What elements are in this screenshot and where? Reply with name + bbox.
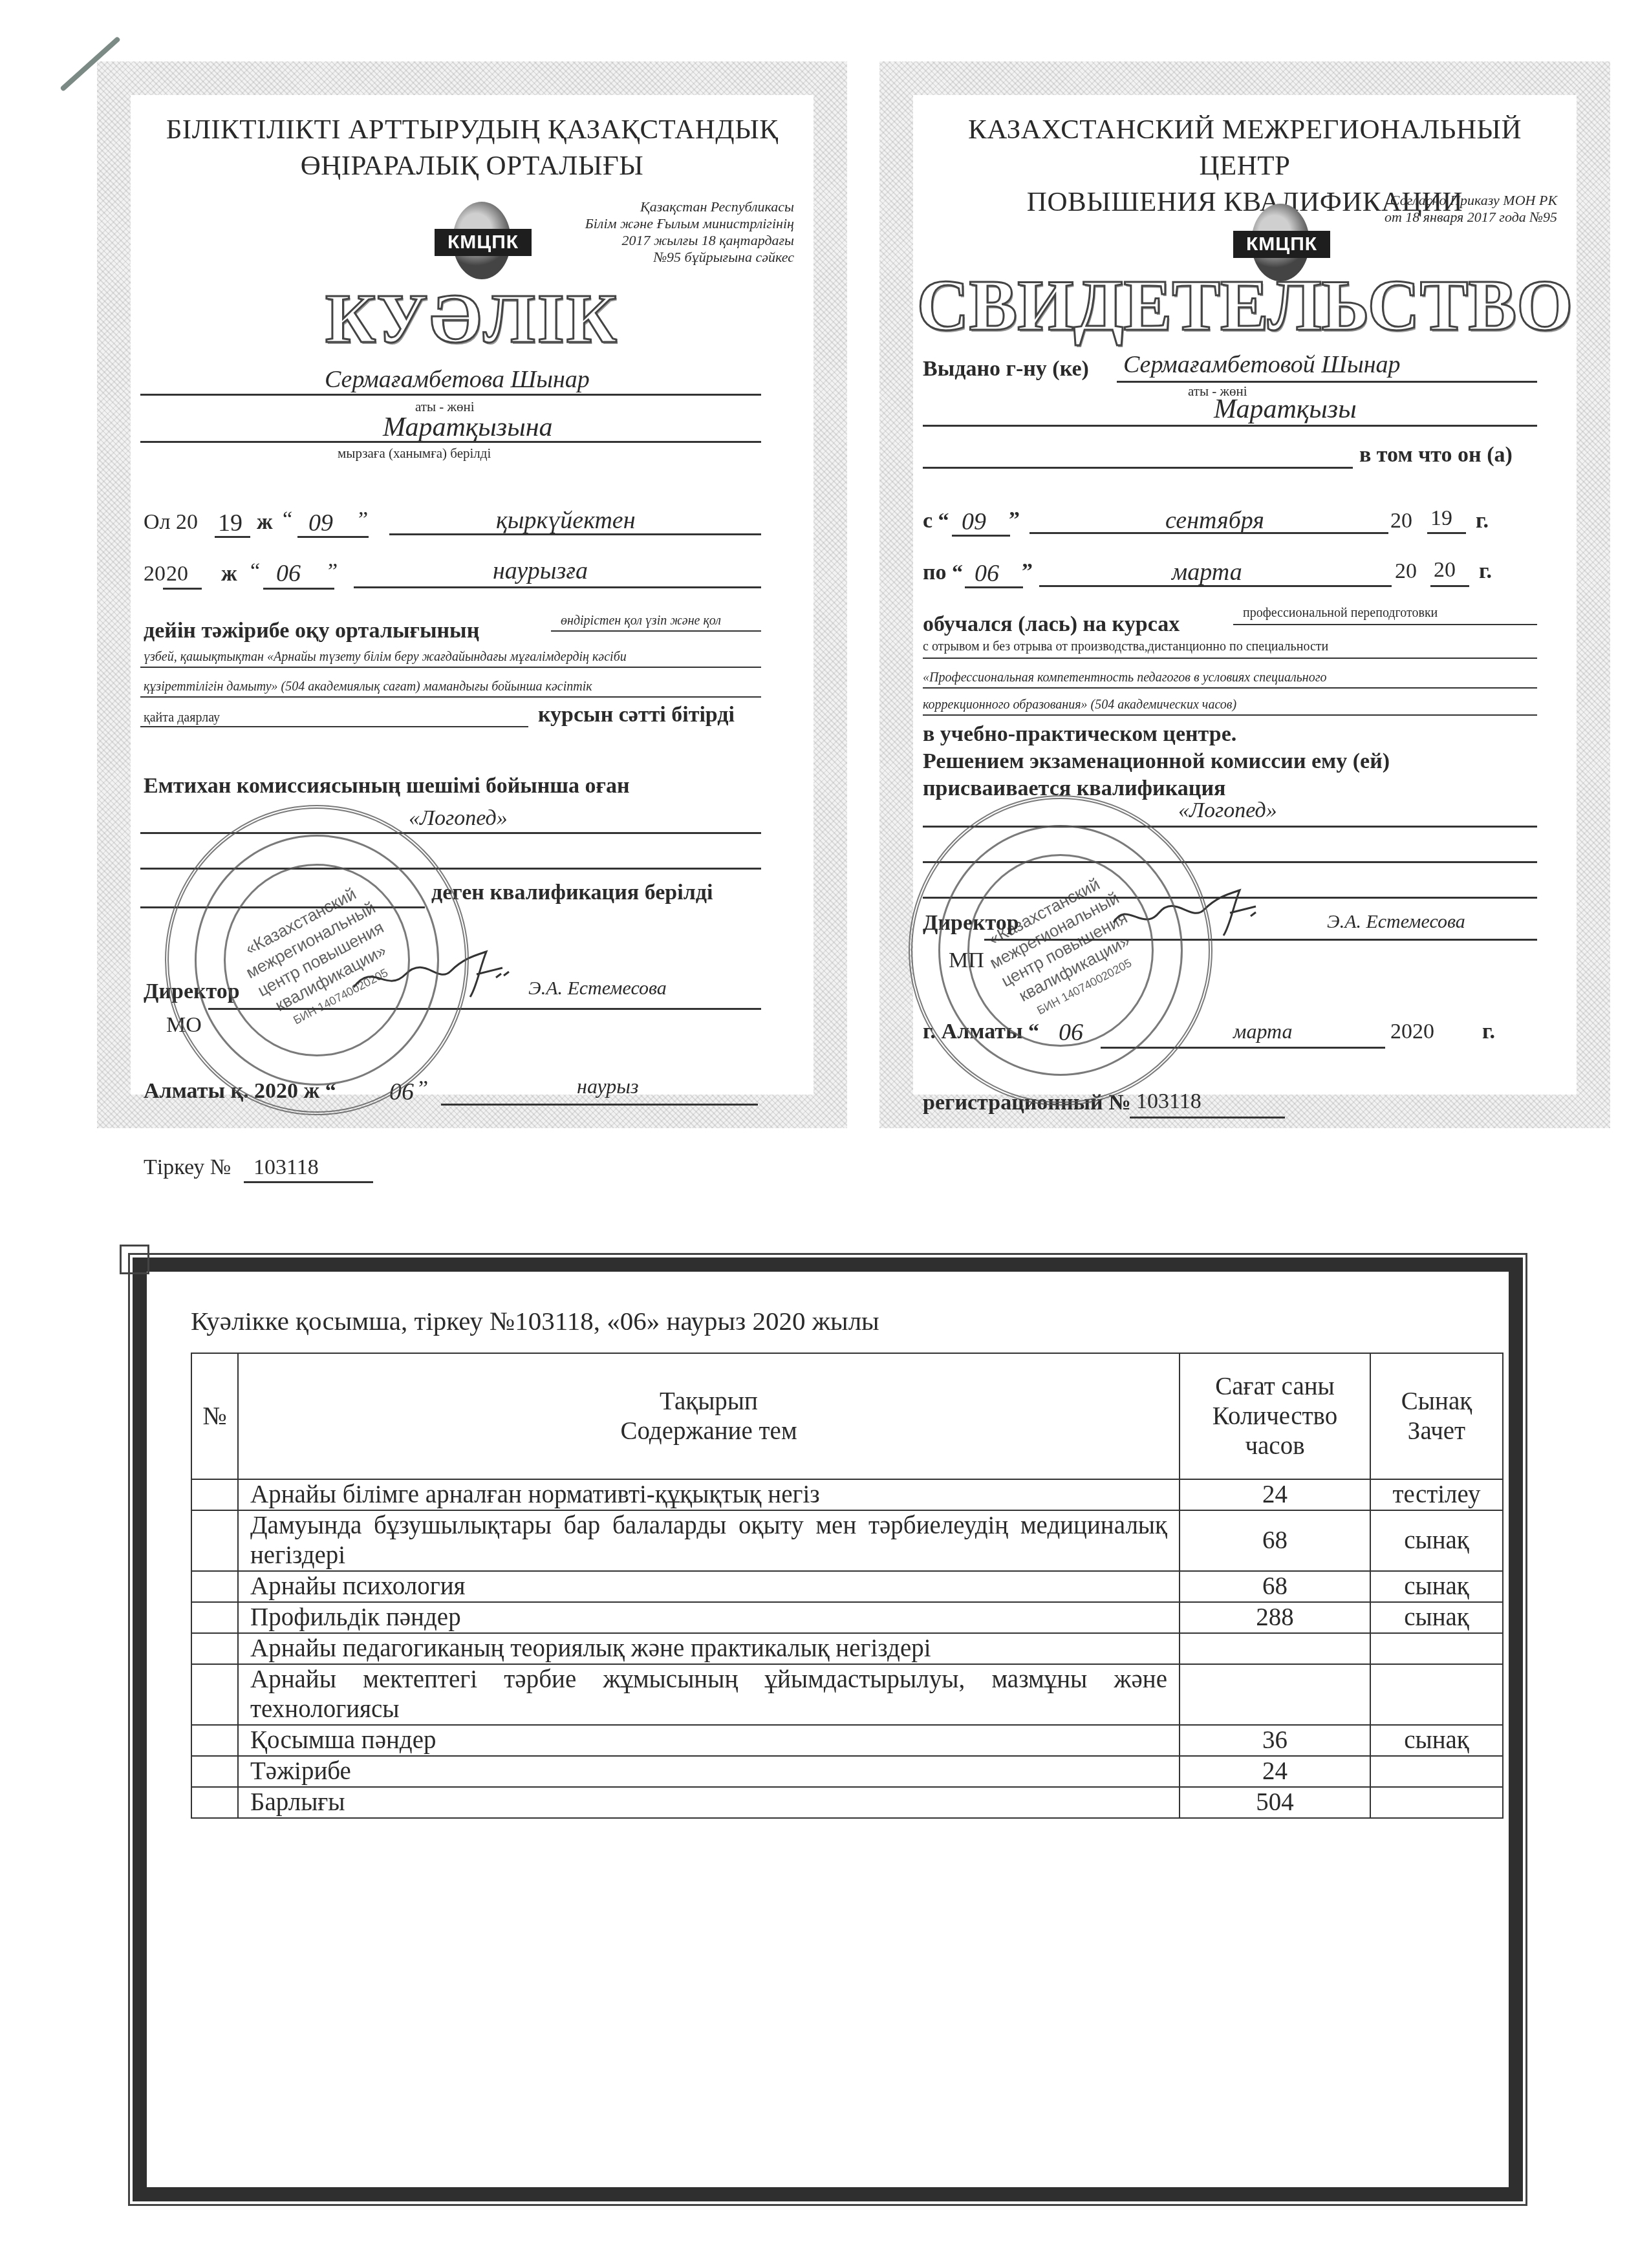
underline — [965, 586, 1023, 588]
to-year: 20 — [166, 562, 188, 586]
qualification-suffix: деген квалификация берілді — [431, 881, 713, 905]
cell-topic: Арнайы мектептегі тәрбие жұмысының ұйымд… — [238, 1664, 1180, 1725]
table-row: Профильдік пәндер288сынақ — [191, 1602, 1503, 1633]
decree-note-ru: Согласно Приказу МОН РК от 18 января 201… — [1385, 192, 1557, 226]
org-line-1: БІЛІКТІЛІКТІ АРТТЫРУДЫҢ ҚАЗАҚСТАНДЫҚ — [150, 112, 794, 148]
from-year: 19 — [1430, 506, 1452, 531]
underline — [263, 588, 334, 590]
org-line-2: ӨҢІРАРАЛЫҚ ОРТАЛЫҒЫ — [150, 148, 794, 184]
cell-pass — [1370, 1664, 1503, 1725]
from-prefix: с “ — [923, 509, 949, 533]
decree-line: от 18 января 2017 года №95 — [1385, 209, 1557, 226]
cell-topic: Тәжірибе — [238, 1756, 1180, 1787]
cell-num — [191, 1571, 238, 1602]
recipient-patronymic: Маратқызы — [1214, 394, 1357, 425]
cell-num — [191, 1602, 238, 1633]
underline — [244, 1181, 373, 1183]
issued-label: Выдано г-ну (ке) — [923, 357, 1089, 381]
from-day: 09 — [308, 509, 333, 537]
cell-pass: сынақ — [1370, 1571, 1503, 1602]
cell-pass: сынақ — [1370, 1510, 1503, 1571]
official-stamp-icon: «Казахстанский межрегиональный центр пов… — [909, 795, 1212, 1106]
table-row: Арнайы педагогиканың теориялық және прак… — [191, 1633, 1503, 1664]
course-text: «Профессиональная компетентность педагог… — [923, 670, 1327, 685]
cell-pass: сынақ — [1370, 1725, 1503, 1756]
name-underline — [140, 394, 761, 396]
certificate-appendix: Куәлікке қосымша, тіркеу №103118, «06» н… — [133, 1257, 1523, 2201]
decree-line: Білім және Ғылым министрлігінің — [585, 215, 794, 232]
header-hours: Сағат саны Количество часов — [1180, 1353, 1370, 1479]
open-quote: “ — [250, 559, 260, 584]
recipient-name: Сермағамбетовой Шынар — [1123, 350, 1401, 379]
table-header-row: № Тақырып Содержание тем Сағат саны Коли… — [191, 1353, 1503, 1479]
close-quote: ” — [328, 559, 338, 584]
close-quote: ” — [358, 508, 368, 532]
studied-label: обучался (лась) на курсах — [923, 612, 1180, 637]
year-suffix: г. — [1476, 509, 1489, 533]
subjects-body: Арнайы білімге арналған нормативті-құқық… — [191, 1479, 1503, 1818]
underline — [923, 714, 1537, 716]
org-name-kz: БІЛІКТІЛІКТІ АРТТЫРУДЫҢ ҚАЗАҚСТАНДЫҚ ӨҢІ… — [150, 112, 794, 184]
underline — [923, 687, 1537, 689]
exam-label: Емтихан комиссиясының шешімі бойынша оға… — [144, 774, 630, 798]
issue-month: марта — [1233, 1020, 1293, 1043]
cell-num — [191, 1756, 238, 1787]
underline — [441, 1104, 758, 1106]
underline — [1130, 1117, 1285, 1118]
close-quote: ” — [1022, 559, 1033, 584]
decree-line: №95 бұйрығына сәйкес — [585, 249, 794, 266]
official-stamp-icon: «Казахстанский межрегиональный центр пов… — [165, 805, 469, 1115]
underline — [140, 696, 761, 698]
kmcpk-logo-icon: КМЦПК — [435, 202, 532, 279]
header-line: часов — [1180, 1431, 1370, 1461]
patronymic-caption: мырзаға (ханымға) берілді — [338, 445, 491, 462]
to-prefix: по “ — [923, 561, 963, 585]
patronymic-underline — [140, 441, 761, 443]
underline — [140, 726, 528, 727]
course-text: коррекционного образования» (504 академи… — [923, 698, 1236, 712]
underline — [1233, 624, 1537, 625]
cell-hours: 24 — [1180, 1479, 1370, 1510]
from-month: сентября — [1165, 506, 1264, 535]
appendix-title: Куәлікке қосымша, тіркеу №103118, «06» н… — [191, 1305, 879, 1336]
from-prefix: Ол 20 — [144, 510, 198, 535]
table-row: Арнайы білімге арналған нормативті-құқық… — [191, 1479, 1503, 1510]
underline — [354, 586, 761, 588]
underline — [923, 425, 1537, 427]
underline — [389, 533, 761, 535]
to-prefix: 20 — [144, 562, 166, 586]
course-text: с отрывом и без отрыва от производства,д… — [923, 639, 1328, 654]
year-suffix: ж — [221, 562, 237, 586]
to-year: 20 — [1434, 558, 1456, 583]
year-suffix: ж — [257, 510, 273, 535]
underline — [297, 536, 369, 538]
cell-topic: Қосымша пәндер — [238, 1725, 1180, 1756]
decree-note-kz: Қазақстан Республикасы Білім және Ғылым … — [585, 198, 794, 266]
cell-pass — [1370, 1787, 1503, 1818]
director-name: Э.А. Естемесова — [528, 978, 667, 1000]
year-suffix: г. — [1482, 1020, 1495, 1044]
table-row: Барлығы504 — [191, 1787, 1503, 1818]
decision-label: Решением экзаменационной комиссии ему (е… — [923, 749, 1390, 774]
table-row: Қосымша пәндер36сынақ — [191, 1725, 1503, 1756]
course-text: қайта даярлау — [144, 711, 220, 725]
cell-hours — [1180, 1633, 1370, 1664]
qualification: «Логопед» — [1178, 798, 1277, 823]
cell-hours: 68 — [1180, 1510, 1370, 1571]
cell-topic: Дамуында бұзушылықтары бар балаларды оқы… — [238, 1510, 1180, 1571]
cell-num — [191, 1633, 238, 1664]
cell-hours: 288 — [1180, 1602, 1370, 1633]
header-line: Сағат саны — [1180, 1372, 1370, 1402]
underline — [551, 630, 761, 632]
underline — [923, 467, 1353, 469]
header-line: Содержание тем — [239, 1417, 1179, 1446]
year-prefix: 20 — [1390, 509, 1412, 533]
table-row: Арнайы психология68сынақ — [191, 1571, 1503, 1602]
cell-topic: Арнайы психология — [238, 1571, 1180, 1602]
cell-hours: 36 — [1180, 1725, 1370, 1756]
year-suffix: г. — [1479, 559, 1492, 584]
underline — [923, 658, 1537, 659]
course-text: профессиональной переподготовки — [1243, 606, 1438, 621]
director-name: Э.А. Естемесова — [1327, 911, 1465, 933]
cell-hours: 504 — [1180, 1787, 1370, 1818]
cell-pass — [1370, 1633, 1503, 1664]
year-prefix: 20 — [1395, 559, 1417, 584]
logo-text: КМЦПК — [1233, 231, 1330, 258]
decree-line: Қазақстан Республикасы — [585, 198, 794, 215]
to-day: 06 — [276, 559, 301, 588]
from-month: қыркүйектен — [496, 506, 636, 535]
underline — [952, 535, 1010, 537]
course-label: дейін тәжірибе оқу орталығының — [144, 619, 479, 643]
reg-number: 103118 — [253, 1155, 319, 1180]
qualification: «Логопед» — [409, 806, 508, 831]
header-num: № — [191, 1353, 238, 1479]
decree-line: Согласно Приказу МОН РК — [1385, 192, 1557, 209]
cell-num — [191, 1479, 238, 1510]
underline — [1039, 585, 1392, 587]
cell-num — [191, 1664, 238, 1725]
table-row: Дамуында бұзушылықтары бар балаларды оқы… — [191, 1510, 1503, 1571]
underline — [140, 667, 761, 668]
cell-pass: сынақ — [1370, 1602, 1503, 1633]
reg-label: Тіркеу № — [144, 1155, 231, 1180]
header-line: Зачет — [1371, 1417, 1502, 1446]
course-text: құзіреттілігін дамыту» (504 академиялық … — [144, 679, 592, 694]
certificate-title: СВИДЕТЕЛЬСТВО — [913, 264, 1577, 348]
cell-num — [191, 1725, 238, 1756]
cell-hours — [1180, 1664, 1370, 1725]
course-text: үзбей, қашықтықтан «Арнайы түзету білім … — [144, 650, 627, 665]
from-year: 19 — [218, 509, 242, 537]
cell-hours: 24 — [1180, 1756, 1370, 1787]
close-quote: ” — [418, 1076, 428, 1101]
from-day: 09 — [962, 508, 986, 536]
completed-label: курсын сәтті бітірді — [538, 703, 735, 727]
issue-month: наурыз — [577, 1075, 638, 1098]
reg-number: 103118 — [1136, 1089, 1202, 1114]
close-quote: ” — [1009, 508, 1020, 532]
to-day: 06 — [975, 559, 999, 588]
header-line: Сынақ — [1371, 1387, 1502, 1417]
table-row: Тәжірибе24 — [191, 1756, 1503, 1787]
cell-topic: Барлығы — [238, 1787, 1180, 1818]
header-line: Количество — [1180, 1402, 1370, 1431]
decree-line: 2017 жылғы 18 қаңтардағы — [585, 232, 794, 249]
cell-hours: 68 — [1180, 1571, 1370, 1602]
underline — [1430, 585, 1469, 587]
underline — [215, 536, 250, 538]
underline — [1117, 381, 1537, 383]
to-month: марта — [1172, 558, 1242, 586]
table-row: Арнайы мектептегі тәрбие жұмысының ұйымд… — [191, 1664, 1503, 1725]
recipient-name: Сермағамбетова Шынар — [325, 365, 590, 394]
header-topic: Тақырып Содержание тем — [238, 1353, 1180, 1479]
header-pass: Сынақ Зачет — [1370, 1353, 1503, 1479]
underline — [1427, 532, 1466, 534]
recipient-patronymic: Маратқызына — [383, 412, 552, 443]
certificate-title: КУӘЛІК — [131, 279, 814, 359]
cell-topic: Арнайы білімге арналған нормативті-құқық… — [238, 1479, 1180, 1510]
header-line: Тақырып — [239, 1387, 1179, 1417]
cell-topic: Профильдік пәндер — [238, 1602, 1180, 1633]
cell-num — [191, 1787, 238, 1818]
cell-topic: Арнайы педагогиканың теориялық және прак… — [238, 1633, 1180, 1664]
course-text: өндірістен қол үзіп және қол — [561, 614, 721, 628]
center-label: в учебно-практическом центре. — [923, 722, 1236, 747]
underline — [1029, 532, 1388, 534]
org-line-1: КАЗАХСТАНСКИЙ МЕЖРЕГИОНАЛЬНЫЙ ЦЕНТР — [932, 112, 1557, 184]
logo-text: КМЦПК — [435, 229, 532, 256]
cell-num — [191, 1510, 238, 1571]
cell-pass: тестілеу — [1370, 1479, 1503, 1510]
open-quote: “ — [283, 508, 292, 532]
cell-pass — [1370, 1756, 1503, 1787]
subjects-table: № Тақырып Содержание тем Сағат саны Коли… — [191, 1353, 1503, 1819]
that-label: в том что он (а) — [1359, 443, 1513, 467]
issue-year: 2020 — [1390, 1020, 1434, 1044]
underline — [163, 588, 202, 590]
to-month: наурызға — [493, 557, 588, 585]
